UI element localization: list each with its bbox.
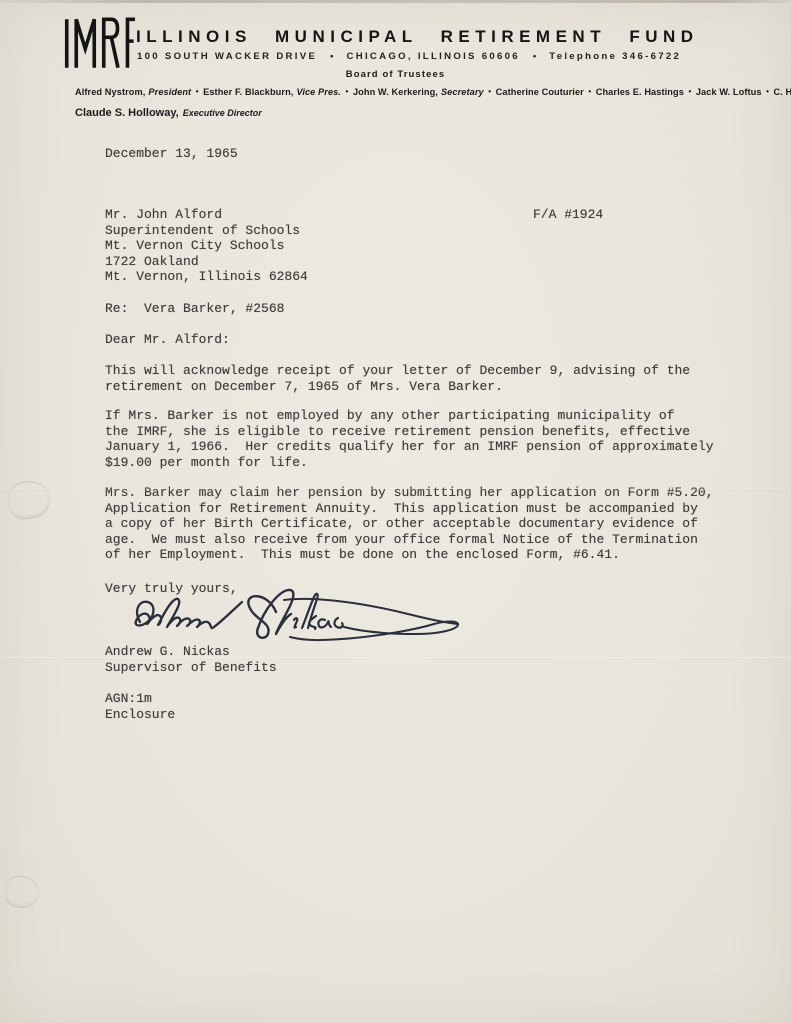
- director-title: Executive Director: [183, 108, 262, 118]
- bullet-separator: •: [533, 51, 536, 62]
- bullet-separator: •: [196, 87, 199, 96]
- bullet-separator: •: [330, 51, 333, 62]
- trustee: C. Harris Stevens: [773, 87, 791, 97]
- body-paragraph: This will acknowledge receipt of your le…: [105, 363, 690, 394]
- director-name: Claude S. Holloway,: [75, 107, 179, 119]
- letterhead-address-line: 100 SOUTH WACKER DRIVE•CHICAGO, ILLINOIS…: [137, 51, 681, 62]
- board-of-trustees-title: Board of Trustees: [0, 69, 791, 80]
- trustee: Catherine Couturier: [496, 87, 584, 97]
- city-line: CHICAGO, ILLINOIS 60606: [347, 51, 520, 62]
- re-line: Re: Vera Barker, #2568: [105, 301, 284, 317]
- trustee: Alfred Nystrom,President: [75, 87, 191, 97]
- paper-smudge-mark: [6, 478, 53, 521]
- bullet-separator: •: [488, 87, 491, 96]
- letter-date: December 13, 1965: [105, 146, 238, 162]
- trustee: Charles E. Hastings: [596, 87, 684, 97]
- scanned-letter-page: ILLINOIS MUNICIPAL RETIREMENT FUND 100 S…: [0, 0, 791, 1023]
- reference-initials-enclosure-block: AGN:1m Enclosure: [105, 691, 175, 722]
- trustee: Jack W. Loftus: [696, 87, 762, 97]
- signer-name-title-block: Andrew G. Nickas Supervisor of Benefits: [105, 644, 277, 675]
- paper-smudge-mark: [3, 874, 40, 909]
- file-number: F/A #1924: [533, 207, 603, 223]
- bullet-separator: •: [588, 87, 591, 96]
- executive-director-line: Claude S. Holloway,Executive Director: [75, 107, 262, 119]
- street: 100 SOUTH WACKER DRIVE: [137, 51, 317, 62]
- scan-top-edge: [0, 0, 791, 3]
- handwritten-signature: [126, 584, 471, 648]
- body-paragraph: If Mrs. Barker is not employed by any ot…: [105, 408, 714, 470]
- bullet-separator: •: [688, 87, 691, 96]
- body-paragraph: Mrs. Barker may claim her pension by sub…: [105, 485, 714, 563]
- imrf-logo-icon: [62, 16, 136, 71]
- phone: Telephone 346-6722: [549, 51, 681, 62]
- salutation: Dear Mr. Alford:: [105, 332, 230, 348]
- bullet-separator: •: [766, 87, 769, 96]
- trustee: Esther F. Blackburn,Vice Pres.: [203, 87, 341, 97]
- bullet-separator: •: [346, 87, 349, 96]
- fund-name: ILLINOIS MUNICIPAL RETIREMENT FUND: [136, 27, 699, 47]
- recipient-address-block: Mr. John Alford Superintendent of School…: [105, 207, 308, 285]
- trustees-line: Alfred Nystrom,President•Esther F. Black…: [75, 87, 785, 97]
- trustee: John W. Kerkering,Secretary: [353, 87, 484, 97]
